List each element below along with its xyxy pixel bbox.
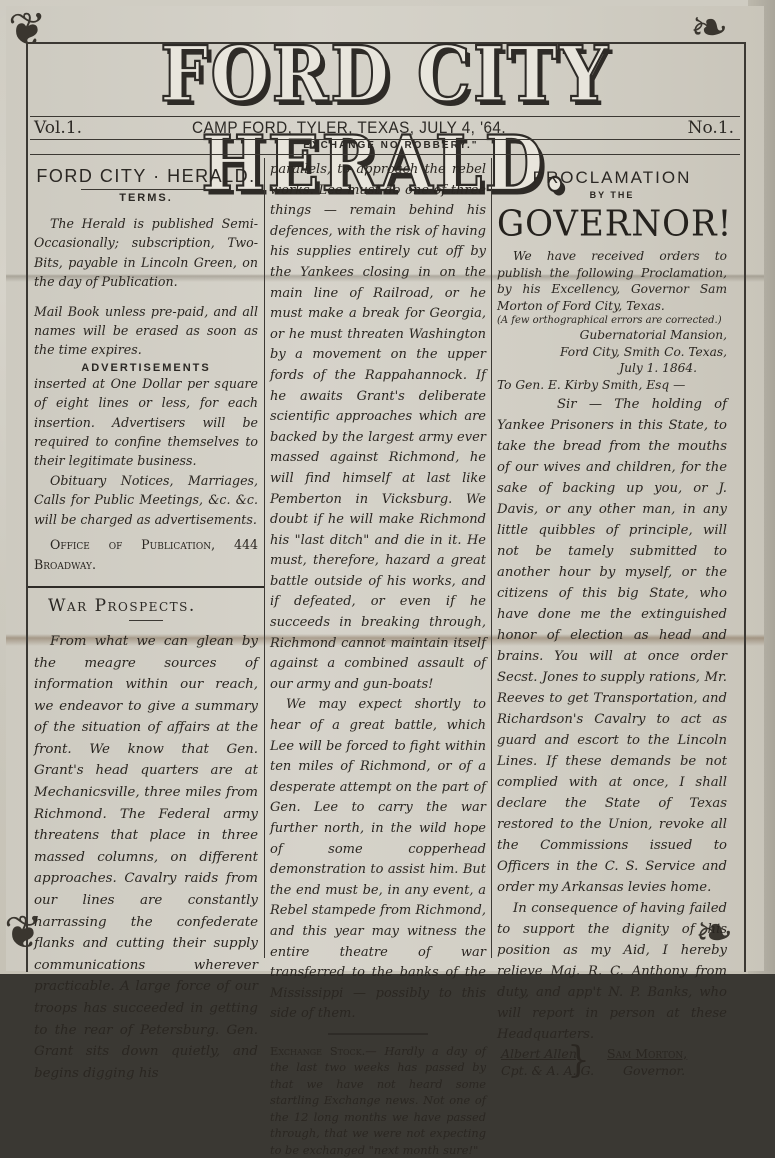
terms-text: The Herald is published Semi-Occasionall…: [34, 214, 258, 292]
proclamation-intro: We have received orders to publish the f…: [497, 248, 727, 314]
motto: "EXCHANGE NO ROBBERY.": [0, 140, 775, 151]
war-prospects-continued-2: We may expect shortly to hear of a great…: [270, 695, 486, 974]
governor-title: GOVERNOR!: [497, 203, 727, 245]
terms-heading: TERMS.: [34, 192, 258, 204]
obituary-text: Obituary Notices, Marriages, Calls for P…: [34, 471, 258, 529]
left-column: FORD CITY · HERALD. TERMS. The Herald is…: [34, 160, 258, 954]
address-line-1: Gubernatorial Mansion,: [497, 327, 727, 344]
by-the-label: BY THE: [497, 190, 727, 200]
address-line-2: Ford City, Smith Co. Texas,: [497, 344, 727, 361]
dateline: Vol.1. CAMP FORD, TYLER, TEXAS, JULY 4, …: [32, 118, 738, 138]
proclamation-body-2: In consequence of having failed to suppo…: [497, 898, 727, 975]
advertisements-heading: ADVERTISEMENTS: [34, 362, 258, 374]
column-divider-right: [491, 158, 492, 958]
proclamation-body: Sir — The holding of Yankee Prisoners in…: [497, 394, 727, 898]
dateline-place-date: CAMP FORD, TYLER, TEXAS, JULY 4, '64.: [192, 118, 506, 138]
advertisements-text: inserted at One Dollar per square of eig…: [34, 374, 258, 471]
war-prospects-text: From what we can glean by the meagre sou…: [34, 631, 258, 974]
masthead-rule-bottom: [30, 154, 740, 155]
war-prospects-title: War Prospects.: [48, 596, 258, 616]
divider: [81, 189, 211, 190]
errata-note: (A few orthographical errors are correct…: [497, 314, 727, 327]
masthead-rule-top: [30, 116, 740, 117]
salutation: To Gen. E. Kirby Smith, Esq —: [497, 377, 727, 394]
issue-number: No.1.: [688, 118, 734, 138]
column-divider-left: [264, 158, 265, 958]
section-rule: [28, 586, 264, 588]
proclamation-title: PROCLAMATION: [497, 168, 727, 188]
middle-column: parallels, to approach the rebel works. …: [270, 160, 486, 954]
mail-text: Mail Book unless pre-paid, and all names…: [34, 302, 258, 360]
address-date: July 1. 1864.: [497, 360, 727, 377]
volume-label: Vol.1.: [34, 118, 82, 138]
right-column: PROCLAMATION BY THE GOVERNOR! We have re…: [497, 160, 727, 954]
office-of-publication: Office of Publication, 444 Broadway.: [34, 535, 258, 574]
war-prospects-continued: parallels, to approach the rebel works. …: [270, 160, 486, 695]
herald-box-title: FORD CITY · HERALD.: [34, 166, 258, 187]
divider: [129, 620, 163, 621]
